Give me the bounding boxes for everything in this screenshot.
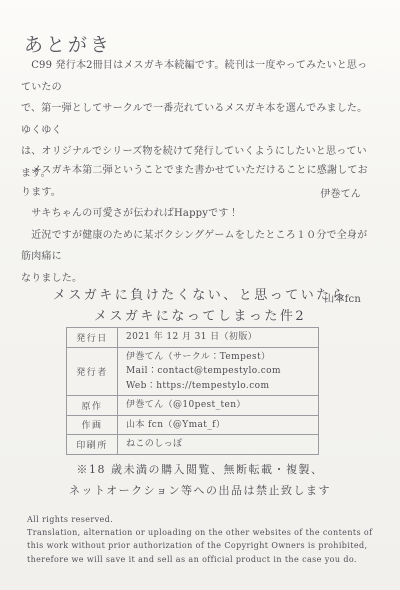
afterword-page: あとがき C99 発行本2冊目はメスガキ本続編です。続刊は一度やってみたいと思っ… [0,0,400,590]
publisher-mail: Mail：contact@tempestylo.com [126,364,310,379]
paragraph-line: メスガキ本第二弾ということでまた書かせていただけることに感謝しております。 [21,160,375,203]
paragraph-line: で、第一弾としてサークルで一番売れているメスガキ本を選んでみました。ゆくゆく [21,98,375,141]
age-restriction-notice: ※18 歳未満の購入閲覧、無断転載・複製、 ネットオークション等への出品は禁止致… [0,459,400,501]
copyright-line: this work without prior authorization of… [27,539,377,552]
row-value: ねこのしっぽ [126,437,310,452]
copyright-line: Translation, alternation or uploading on… [27,526,377,539]
table-row-publication-date: 発行日 2021 年 12 月 31 日（初版） [67,328,319,348]
warning-line: ネットオークション等への出品は禁止致します [0,480,400,501]
publisher-web: Web：https://tempestylo.com [126,379,310,394]
page-title: あとがき [24,30,112,57]
row-value: 伊巻てん（サークル：Tempest） [126,350,310,365]
row-value: 山本 fcn（@Ymat_f） [126,418,310,433]
book-title-line: メスガキになってしまった件2 [0,307,400,328]
paragraph-line: C99 発行本2冊目はメスガキ本続編です。続刊は一度やってみたいと思っていたの [21,55,375,98]
warning-line: ※18 歳未満の購入閲覧、無断転載・複製、 [0,459,400,480]
book-title-line: メスガキに負けたくない、と思っていたら [0,286,400,307]
row-label: 印刷所 [67,435,118,455]
table-row-printer: 印刷所 ねこのしっぽ [67,435,319,455]
table-row-publisher: 発行者 伊巻てん（サークル：Tempest） Mail：contact@temp… [67,347,319,396]
book-title: メスガキに負けたくない、と思っていたら メスガキになってしまった件2 [0,286,400,327]
copyright-line: All rights reserved. [27,513,377,526]
table-row-illustration: 作画 山本 fcn（@Ymat_f） [67,415,319,435]
paragraph-line: 近況ですが健康のために某ボクシングゲームをしたところ１０分で全身が筋肉痛に [21,225,375,268]
copyright-notice: All rights reserved. Translation, altern… [27,513,377,566]
row-label: 発行日 [67,328,118,348]
copyright-line: therefore we will save it and sell as an… [27,553,377,566]
row-value: 2021 年 12 月 31 日（初版） [126,330,310,345]
row-label: 作画 [67,415,118,435]
row-label: 原作 [67,396,118,416]
row-label: 発行者 [67,347,118,396]
row-value: 伊巻てん（@10pest_ten） [126,398,310,413]
colophon-table: 発行日 2021 年 12 月 31 日（初版） 発行者 伊巻てん（サークル：T… [66,327,319,455]
table-row-original-story: 原作 伊巻てん（@10pest_ten） [67,396,319,416]
paragraph-line: サキちゃんの可愛さが伝わればHappyです！ [21,203,375,225]
